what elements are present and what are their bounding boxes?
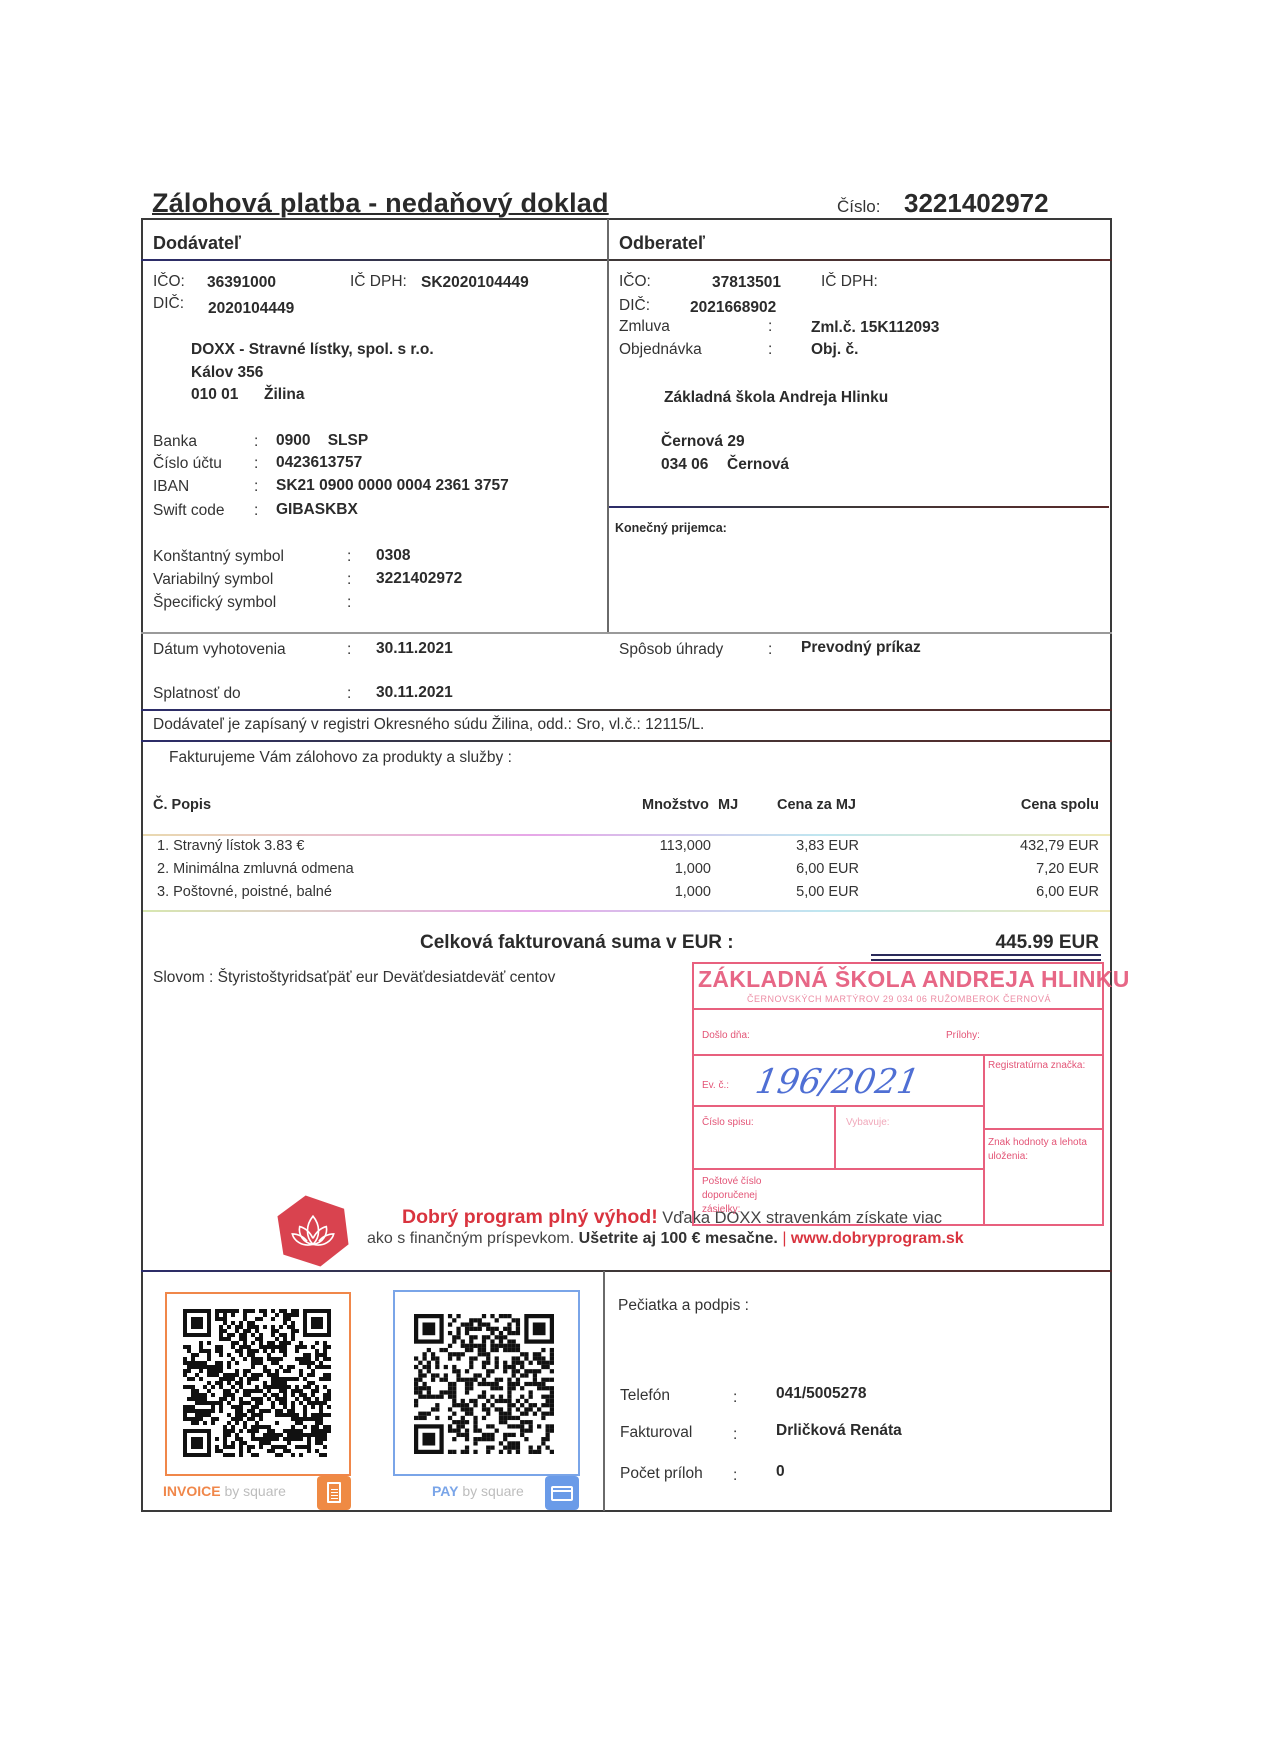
- item-description: 3. Poštovné, poistné, balné: [157, 884, 332, 900]
- stamp-subtitle: ČERNOVSKÝCH MARTÝROV 29 034 06 RUŽOMBERO…: [704, 994, 1094, 1004]
- item-quantity: 113,000: [600, 838, 711, 854]
- supplier-icdph: SK2020104449: [421, 274, 529, 292]
- symbol-value: 0308: [376, 547, 410, 565]
- symbol-label: Variabilný symbol: [153, 571, 273, 589]
- customer-heading: Odberateľ: [619, 233, 705, 254]
- stamp-file-label: Číslo spisu:: [702, 1117, 754, 1128]
- pay-label-rest: by square: [458, 1483, 523, 1499]
- pay-by-square-label: PAY by square: [432, 1483, 524, 1499]
- invoice-label-strong: INVOICE: [163, 1483, 221, 1499]
- total-underline-2: [871, 959, 1101, 961]
- promo-headline: Dobrý program plný výhod!: [402, 1206, 658, 1228]
- symbol-label: Špecifický symbol: [153, 594, 276, 612]
- supplier-dic-label: DIČ:: [153, 295, 184, 313]
- colon: :: [254, 455, 258, 473]
- item-unit-price: 6,00 EUR: [740, 861, 859, 877]
- total-underline: [871, 954, 1101, 956]
- item-quantity: 1,000: [600, 861, 711, 877]
- stamp-received-label: Došlo dňa:: [702, 1030, 750, 1041]
- colon: :: [347, 685, 351, 703]
- promo-savings: Ušetrite aj 100 € mesačne.: [579, 1230, 778, 1247]
- registry-note: Dodávateľ je zapísaný v registri Okresné…: [153, 716, 704, 734]
- colon: :: [733, 1389, 737, 1407]
- supplier-name: DOXX - Stravné lístky, spol. s r.o.: [191, 341, 434, 359]
- stamp-signature-label: Pečiatka a podpis :: [618, 1297, 749, 1315]
- items-bottom-divider: [143, 910, 1110, 912]
- stamp-retention-label: Znak hodnoty a lehota uloženia:: [988, 1136, 1100, 1164]
- customer-zip: 034 06: [661, 456, 708, 474]
- bank-field-label: Číslo účtu: [153, 455, 222, 473]
- registry-stamp: ZÁKLADNÁ ŠKOLA ANDREJA HLINKU ČERNOVSKÝC…: [692, 962, 1104, 1226]
- contact-field-label: Fakturoval: [620, 1424, 692, 1442]
- customer-street: Černová 29: [661, 433, 745, 451]
- item-unit-price: 3,83 EUR: [740, 838, 859, 854]
- document-number-label: Číslo:: [837, 197, 880, 217]
- stamp-ev-label: Ev. č.:: [702, 1080, 729, 1091]
- stamp-ev-handwritten: 196/2021: [752, 1062, 922, 1102]
- customer-contract: Zml.č. 15K112093: [811, 319, 939, 337]
- items-intro: Fakturujeme Vám zálohovo za produkty a s…: [169, 749, 512, 767]
- item-unit-price: 5,00 EUR: [740, 884, 859, 900]
- contact-field-value: Drličková Renáta: [776, 1422, 902, 1440]
- issue-date-label: Dátum vyhotovenia: [153, 641, 286, 659]
- stamp-postal-label: Poštové číslo doporučenej zásielky:: [702, 1175, 792, 1217]
- header-divider: [141, 259, 1112, 261]
- promo-line2-text: ako s finančným príspevkom.: [367, 1230, 579, 1247]
- item-description: 2. Minimálna zmluvná odmena: [157, 861, 354, 877]
- bank-field-label: Banka: [153, 433, 197, 451]
- supplier-heading: Dodávateľ: [153, 233, 241, 254]
- document-title: Zálohová platba - nedaňový doklad: [152, 188, 609, 219]
- customer-city: Černová: [727, 456, 789, 474]
- stamp-title: ZÁKLADNÁ ŠKOLA ANDREJA HLINKU: [698, 966, 1098, 993]
- colon: :: [347, 548, 351, 566]
- promo-separator: |: [778, 1230, 791, 1247]
- invoice-label-rest: by square: [221, 1483, 286, 1499]
- lotus-icon: [276, 1194, 350, 1268]
- promo-line-2: ako s finančným príspevkom. Ušetrite aj …: [367, 1230, 964, 1248]
- due-date-label: Splatnosť do: [153, 685, 241, 703]
- bank-field-value: GIBASKBX: [276, 501, 358, 519]
- supplier-icdph-label: IČ DPH:: [350, 273, 407, 291]
- col-header-qty: Množstvo: [642, 797, 709, 813]
- supplier-ico: 36391000: [207, 274, 276, 292]
- items-header-divider: [143, 834, 1110, 836]
- item-total: 432,79 EUR: [950, 838, 1099, 854]
- bottom-vertical-divider: [603, 1271, 605, 1511]
- final-recipient-label: Konečný prijemca:: [615, 521, 727, 535]
- customer-order: Obj. č.: [811, 341, 858, 359]
- bank-field-label: Swift code: [153, 502, 225, 520]
- bank-field-value: 0423613757: [276, 454, 362, 472]
- colon: :: [347, 641, 351, 659]
- col-header-total: Cena spolu: [950, 797, 1099, 813]
- invoice-qr-code[interactable]: [183, 1309, 331, 1457]
- supplier-dic: 2020104449: [208, 300, 294, 318]
- supplier-ico-label: IČO:: [153, 273, 185, 291]
- supplier-street: Kálov 356: [191, 364, 263, 382]
- supplier-city: Žilina: [264, 386, 304, 404]
- stamp-reg-mark-label: Registratúrna značka:: [988, 1060, 1085, 1071]
- dates-divider: [141, 632, 1112, 634]
- bottom-section-divider: [141, 1270, 1112, 1272]
- col-header-popis: Č. Popis: [153, 797, 211, 813]
- total-in-words: Slovom : Štyristoštyridsaťpäť eur Deväťd…: [153, 969, 555, 987]
- contact-field-value: 0: [776, 1463, 785, 1481]
- customer-ico: 37813501: [712, 274, 781, 292]
- document-icon: [317, 1476, 351, 1510]
- colon: :: [254, 478, 258, 496]
- item-description: 1. Stravný lístok 3.83 €: [157, 838, 305, 854]
- item-quantity: 1,000: [600, 884, 711, 900]
- pay-label-strong: PAY: [432, 1483, 458, 1499]
- document-number: 3221402972: [904, 188, 1049, 219]
- item-total: 7,20 EUR: [950, 861, 1099, 877]
- colon: :: [254, 502, 258, 520]
- card-icon: [545, 1476, 579, 1510]
- stamp-handler-label: Vybavuje:: [846, 1117, 890, 1128]
- colon: :: [347, 594, 351, 612]
- colon: :: [733, 1467, 737, 1485]
- total-value: 445.99 EUR: [900, 932, 1099, 954]
- colon: :: [733, 1426, 737, 1444]
- col-header-price: Cena za MJ: [777, 797, 856, 813]
- invoice-by-square-label: INVOICE by square: [163, 1483, 286, 1499]
- total-label: Celková fakturovaná suma v EUR :: [420, 932, 734, 954]
- bank-field-label: IBAN: [153, 478, 189, 496]
- customer-order-label: Objednávka: [619, 341, 702, 359]
- customer-icdph-label: IČ DPH:: [821, 273, 878, 291]
- payment-method: Prevodný príkaz: [801, 639, 921, 657]
- bank-field-value: 0900 SLSP: [276, 432, 368, 450]
- symbol-label: Konštantný symbol: [153, 548, 284, 566]
- promo-url[interactable]: www.dobryprogram.sk: [791, 1230, 964, 1247]
- contact-field-value: 041/5005278: [776, 1385, 867, 1403]
- colon: :: [768, 641, 772, 659]
- registry-bottom-divider: [141, 740, 1112, 742]
- due-date: 30.11.2021: [376, 684, 453, 702]
- colon: :: [347, 571, 351, 589]
- customer-dic: 2021668902: [690, 299, 776, 317]
- issue-date: 30.11.2021: [376, 640, 453, 658]
- customer-contract-label: Zmluva: [619, 318, 670, 336]
- registry-top-divider: [141, 709, 1112, 711]
- colon: :: [254, 433, 258, 451]
- customer-dic-label: DIČ:: [619, 297, 650, 315]
- customer-name: Základná škola Andreja Hlinku: [664, 389, 888, 407]
- bank-field-value: SK21 0900 0000 0004 2361 3757: [276, 477, 509, 495]
- contact-field-label: Počet príloh: [620, 1465, 703, 1483]
- colon: :: [768, 318, 772, 336]
- colon: :: [768, 341, 772, 359]
- pay-qr-code[interactable]: [414, 1314, 554, 1454]
- symbol-value: 3221402972: [376, 570, 462, 588]
- final-recipient-divider: [609, 506, 1109, 508]
- stamp-attachments-label: Prílohy:: [946, 1030, 980, 1041]
- payment-method-label: Spôsob úhrady: [619, 641, 723, 659]
- party-divider: [607, 219, 609, 633]
- col-header-unit: MJ: [718, 797, 738, 813]
- contact-field-label: Telefón: [620, 1387, 670, 1405]
- item-total: 6,00 EUR: [950, 884, 1099, 900]
- supplier-zip: 010 01: [191, 386, 238, 404]
- customer-ico-label: IČO:: [619, 273, 651, 291]
